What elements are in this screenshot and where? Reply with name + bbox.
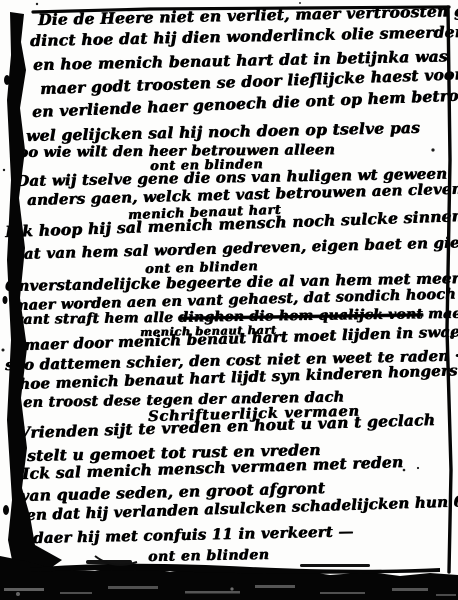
manuscript-scan-page: Die de Heere niet en verliet, maer vertr… [0,0,458,600]
manuscript-line-verse: daer hij met confuis 11 in verkeert — [33,522,354,547]
manuscript-line-verse: wel gelijcken sal hij noch doen op tselv… [26,118,420,145]
struck-line-after: maect [423,305,458,322]
manuscript-line-refrain: ont en blinden [148,547,270,565]
manuscript-text-layer: Die de Heere niet en verliet, maer vertr… [0,0,458,600]
